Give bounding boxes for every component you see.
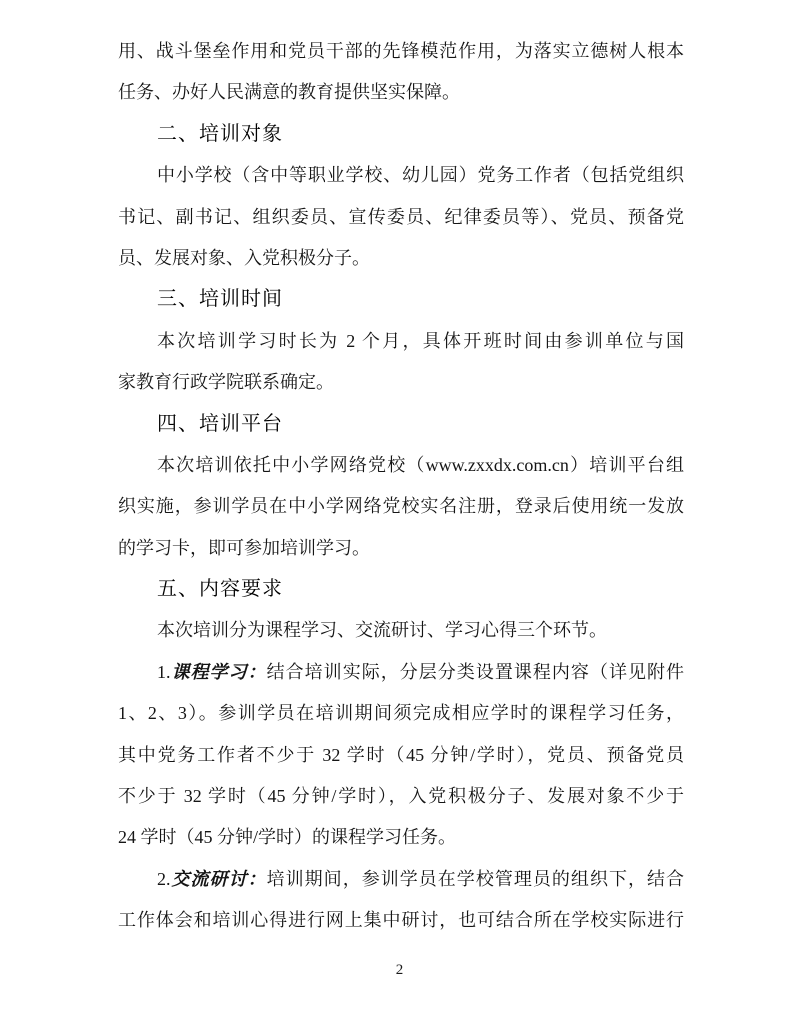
document-body: 用、战斗堡垒作用和党员干部的先锋模范作用，为落实立德树人根本任务、办好人民满意的… [118, 31, 684, 942]
section-heading: 五、内容要求 [118, 569, 684, 610]
text-line: 本次培训学习时长为 2 个月，具体开班时间由参训单位与国 [118, 321, 684, 362]
text-run: 工作体会和培训心得进行网上集中研讨，也可结合所在学校实际进行 [118, 910, 684, 930]
text-run: 结合培训实际，分层分类设置课程内容（详见附件 [267, 662, 684, 682]
text-line: 的学习卡，即可参加培训学习。 [118, 528, 684, 569]
text-line: 工作体会和培训心得进行网上集中研讨，也可结合所在学校实际进行 [118, 900, 684, 941]
text-line: 1、2、3）。参训学员在培训期间须完成相应学时的课程学习任务， [118, 693, 684, 734]
text-line: 本次培训分为课程学习、交流研讨、学习心得三个环节。 [118, 610, 684, 651]
text-line: 本次培训依托中小学网络党校（www.zxxdx.com.cn）培训平台组 [118, 445, 684, 486]
text-run: 24 学时（45 分钟/学时）的课程学习任务。 [118, 827, 456, 847]
text-line: 书记、副书记、组织委员、宣传委员、纪律委员等）、党员、预备党 [118, 197, 684, 238]
text-run: 员、发展对象、入党积极分子。 [118, 248, 370, 268]
text-line: 2.交流研讨：培训期间，参训学员在学校管理员的组织下，结合 [118, 859, 684, 900]
text-run: 其中党务工作者不少于 32 学时（45 分钟/学时），党员、预备党员 [118, 745, 684, 765]
text-line: 1.课程学习：结合培训实际，分层分类设置课程内容（详见附件 [118, 652, 684, 693]
text-run: 中小学校（含中等职业学校、幼儿园）党务工作者（包括党组织 [157, 165, 684, 185]
section-heading: 二、培训对象 [118, 114, 684, 155]
text-run: 二、培训对象 [157, 123, 283, 145]
document-page: 用、战斗堡垒作用和党员干部的先锋模范作用，为落实立德树人根本任务、办好人民满意的… [0, 0, 799, 1023]
text-line: 家教育行政学院联系确定。 [118, 362, 684, 403]
emphasized-run: 交流研讨： [171, 869, 267, 889]
text-run: 任务、办好人民满意的教育提供坚实保障。 [118, 82, 460, 102]
text-run: 2. [157, 869, 171, 889]
text-run: 书记、副书记、组织委员、宣传委员、纪律委员等）、党员、预备党 [118, 207, 684, 227]
text-line: 不少于 32 学时（45 分钟/学时），入党积极分子、发展对象不少于 [118, 776, 684, 817]
text-run: 本次培训分为课程学习、交流研讨、学习心得三个环节。 [157, 620, 607, 640]
section-heading: 四、培训平台 [118, 404, 684, 445]
text-run: 三、培训时间 [157, 288, 283, 310]
text-run: 家教育行政学院联系确定。 [118, 372, 334, 392]
text-run: 1、2、3）。参训学员在培训期间须完成相应学时的课程学习任务， [118, 703, 684, 723]
text-run: 本次培训依托中小学网络党校（www.zxxdx.com.cn）培训平台组 [157, 455, 684, 475]
text-line: 织实施，参训学员在中小学网络党校实名注册，登录后使用统一发放 [118, 486, 684, 527]
text-run: 培训期间，参训学员在学校管理员的组织下，结合 [267, 869, 684, 889]
text-line: 员、发展对象、入党积极分子。 [118, 238, 684, 279]
text-run: 不少于 32 学时（45 分钟/学时），入党积极分子、发展对象不少于 [118, 786, 684, 806]
text-line: 其中党务工作者不少于 32 学时（45 分钟/学时），党员、预备党员 [118, 735, 684, 776]
text-line: 24 学时（45 分钟/学时）的课程学习任务。 [118, 817, 684, 858]
text-run: 1. [157, 662, 171, 682]
text-run: 织实施，参训学员在中小学网络党校实名注册，登录后使用统一发放 [118, 496, 684, 516]
text-line: 中小学校（含中等职业学校、幼儿园）党务工作者（包括党组织 [118, 155, 684, 196]
text-run: 的学习卡，即可参加培训学习。 [118, 538, 370, 558]
text-line: 用、战斗堡垒作用和党员干部的先锋模范作用，为落实立德树人根本 [118, 31, 684, 72]
emphasized-run: 课程学习： [171, 662, 267, 682]
text-run: 本次培训学习时长为 2 个月，具体开班时间由参训单位与国 [157, 331, 684, 351]
page-number: 2 [0, 962, 799, 979]
text-line: 任务、办好人民满意的教育提供坚实保障。 [118, 72, 684, 113]
text-run: 用、战斗堡垒作用和党员干部的先锋模范作用，为落实立德树人根本 [118, 41, 684, 61]
text-run: 四、培训平台 [157, 413, 283, 435]
section-heading: 三、培训时间 [118, 279, 684, 320]
text-run: 五、内容要求 [157, 578, 283, 600]
